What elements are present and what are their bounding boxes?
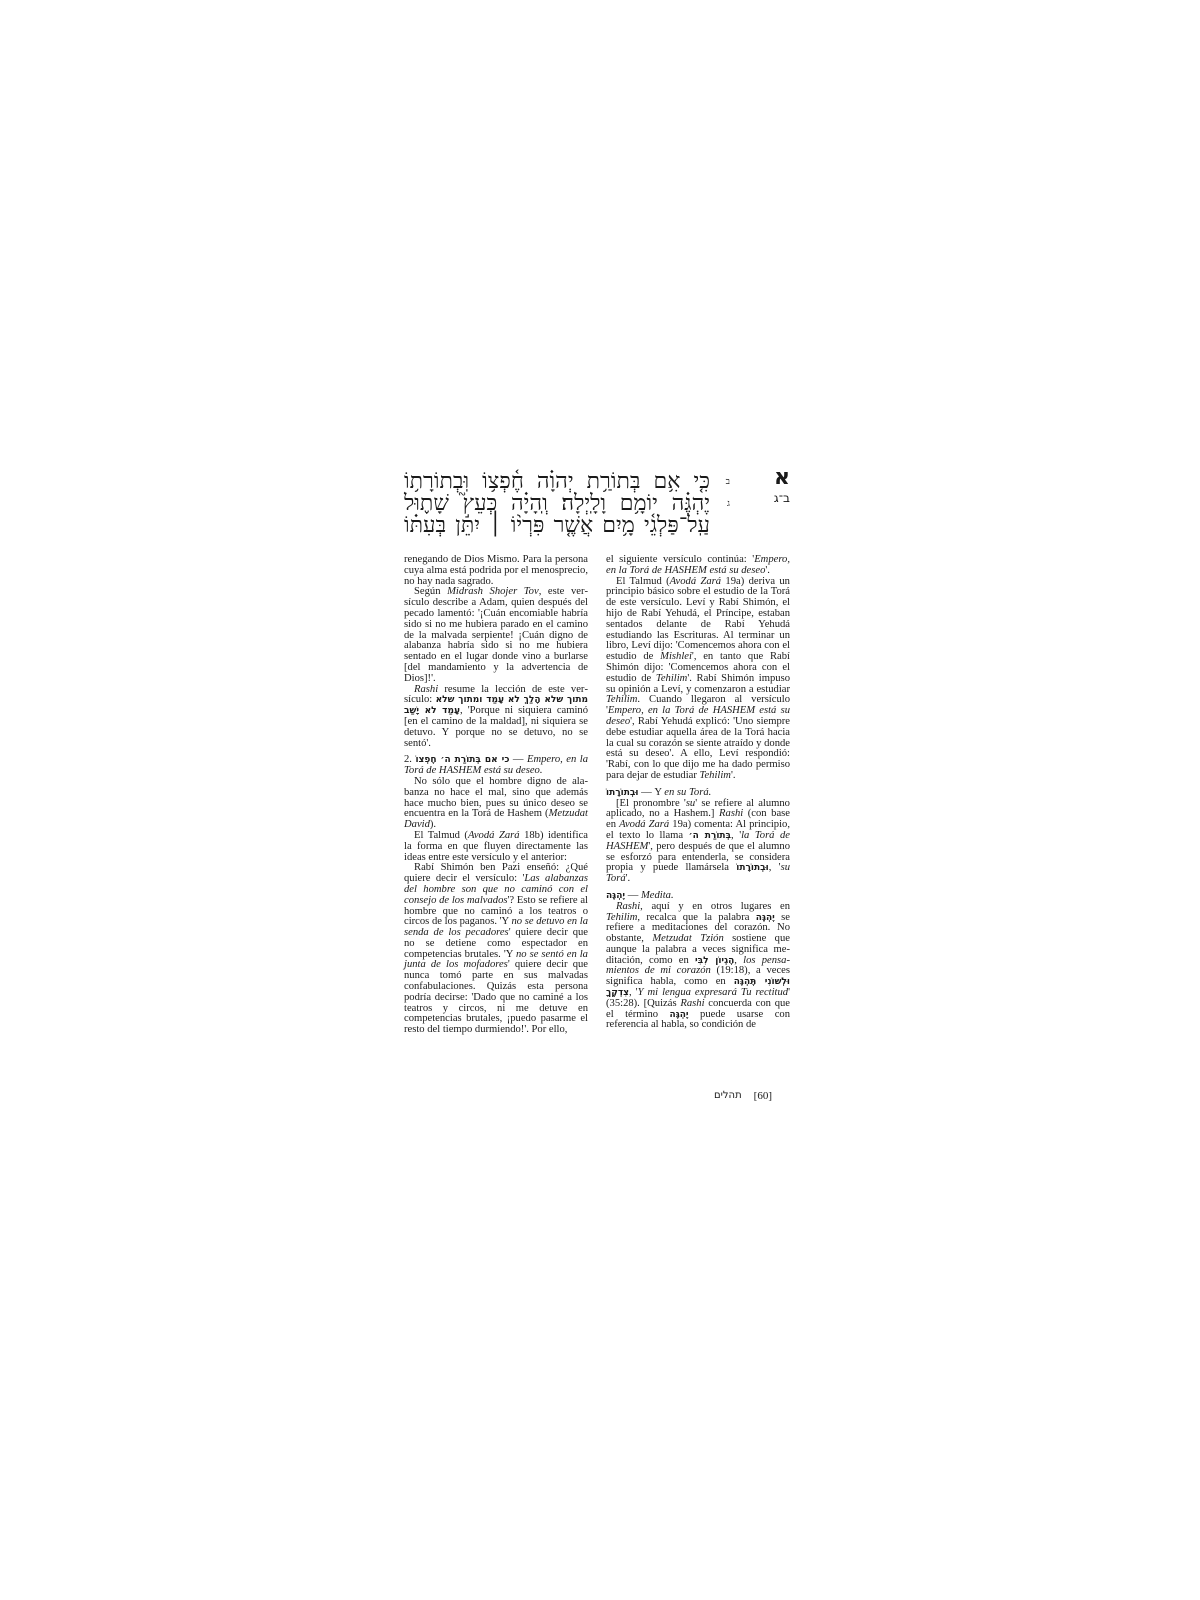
text-run: Tehilim — [656, 673, 687, 684]
paragraph: No sólo que el hombre digno de ala­banza… — [404, 777, 588, 831]
verse-range: ב־ג — [774, 490, 790, 506]
text-run: renegando de Dios Mismo. Para la perso­n… — [404, 554, 588, 587]
verse-line: עַֽל־פַּלְגֵ֫י מָ֥יִם אֲשֶׁ֤ר פִּרְי֨וֹ … — [404, 514, 710, 536]
paragraph: Rabí Shimón ben Pazi enseñó: ¿Qué quiere… — [404, 863, 588, 1036]
text-run: El Talmud ( — [616, 576, 670, 587]
page-footer: תהלים [60] — [714, 1090, 772, 1102]
text-run: '. — [731, 770, 736, 781]
text-run: — — [509, 754, 527, 765]
text-run: 19a) deri­va un principio básico sobre e… — [606, 576, 790, 663]
hebrew-quote: בְּתוֹרַת ה׳ — [689, 831, 731, 841]
text-run: Rashi — [414, 684, 438, 695]
text-run: su — [686, 798, 695, 809]
text-run: — — [625, 890, 641, 901]
text-run: '. — [626, 873, 631, 884]
book-title: תהלים — [714, 1090, 742, 1102]
hebrew-quote: יֶהְגֶּה — [670, 1010, 689, 1020]
text-run: Rashi — [616, 901, 640, 912]
text-run: Mishlei — [660, 651, 692, 662]
verse-header: ב כִּ֤י אִ֥ם בְּתוֹרַ֥ת יְהוָ֗ה חֶ֫פְצ֥ו… — [404, 470, 790, 536]
text-run: ' quiere decir que nunca tomó parte en s… — [404, 959, 588, 1035]
paragraph: renegando de Dios Mismo. Para la perso­n… — [404, 555, 588, 587]
text-run: en su Torá. — [664, 787, 711, 798]
verse-number: ג — [727, 498, 730, 508]
paragraph: Rashi resume la lección de este ver­sícu… — [404, 685, 588, 750]
text-run: Midrash Shojer Tov — [447, 586, 539, 597]
text-run: Avodá Zará — [619, 819, 669, 830]
text-run: Rashi — [719, 808, 743, 819]
verse-number: ב — [726, 476, 730, 486]
text-run: ). — [430, 819, 436, 830]
text-run: , este ver­sículo describe a Adam, quien… — [404, 586, 588, 683]
text-run: '. — [765, 565, 770, 576]
page-number: [60] — [754, 1090, 772, 1102]
verse-text: עַֽל־פַּלְגֵ֫י מָ֥יִם אֲשֶׁ֤ר פִּרְי֨וֹ … — [404, 512, 710, 537]
text-run: Avodá Zará — [670, 576, 721, 587]
hebrew-quote: יֶהְגֶּה — [756, 913, 775, 923]
text-run: ', Rabí Yehudá explicó: 'Uno siem­pre de… — [606, 716, 790, 781]
text-run: , — [734, 955, 743, 966]
text-run: Medita. — [641, 890, 674, 901]
commentary-columns: renegando de Dios Mismo. Para la perso­n… — [404, 555, 790, 1036]
text-run: Tehilim — [700, 770, 731, 781]
text-run: Y mi lengua expresará Tu rec­titud — [638, 987, 789, 998]
text-run: [El pronombre ' — [616, 798, 686, 809]
paragraph: El Talmud (Avodá Zará 18b) identifi­ca l… — [404, 831, 588, 863]
verse-line: ב כִּ֤י אִ֥ם בְּתוֹרַ֥ת יְהוָ֗ה חֶ֫פְצ֥ו… — [404, 470, 710, 492]
text-run: 2. — [404, 754, 415, 765]
hebrew-quote: כי אם בְּתוֹרַת ה׳ חֶפְצוֹ — [415, 755, 509, 765]
text-run: , ' — [769, 862, 781, 873]
text-run: — Y — [638, 787, 664, 798]
hebrew-quote: וּבְתוֹרָתוֹ — [606, 788, 638, 798]
text-run: Avodá Zará — [468, 830, 520, 841]
text-run: , recalca que la palabra — [637, 912, 755, 923]
chapter-letter: א — [774, 466, 790, 490]
paragraph: Rashi, aquí y en otros lugares en Tehili… — [606, 902, 790, 1032]
verse-line: ג יֶהְגֶּ֗ה יוֹמָ֥ם וָלָֽיְלָה׃ וְֽהָיָ֗… — [404, 492, 710, 514]
text-run: Metzudat Tzión — [652, 933, 723, 944]
hebrew-quote: הֶגְיוֹן לִבִּי — [695, 956, 734, 966]
paragraph: el siguiente versículo continúa: 'Empero… — [606, 555, 790, 577]
paragraph: [El pronombre 'su' se refiere al alum­no… — [606, 799, 790, 885]
hebrew-quote: יֶהְגֶּה — [606, 891, 625, 901]
hebrew-quote: וּבְתוֹרָתוֹ — [736, 863, 768, 873]
right-column: el siguiente versículo continúa: 'Empero… — [606, 555, 790, 1036]
text-run: , ' — [731, 830, 741, 841]
verse-commentary-heading: 2. כי אם בְּתוֹרַת ה׳ חֶפְצוֹ — Empero, … — [404, 755, 588, 777]
text-run: , ' — [629, 987, 638, 998]
text-run: Tehilim — [606, 694, 637, 705]
paragraph: El Talmud (Avodá Zará 19a) deri­va un pr… — [606, 577, 790, 782]
paragraph: Según Midrash Shojer Tov, este ver­sícul… — [404, 587, 588, 684]
text-run: , aquí y en otros lugares en — [640, 901, 790, 912]
text-run: Rashi — [680, 998, 704, 1009]
text-run: Tehilim — [606, 912, 637, 923]
text-run: Según — [414, 586, 447, 597]
text-run: el siguiente versículo continúa: ' — [606, 554, 754, 565]
chapter-marker: א ב־ג — [774, 466, 790, 506]
text-run: El Talmud ( — [414, 830, 468, 841]
left-column: renegando de Dios Mismo. Para la perso­n… — [404, 555, 588, 1036]
hebrew-verse-block: ב כִּ֤י אִ֥ם בְּתוֹרַ֥ת יְהוָ֗ה חֶ֫פְצ֥ו… — [404, 470, 710, 536]
book-page: ב כִּ֤י אִ֥ם בְּתוֹרַ֥ת יְהוָ֗ה חֶ֫פְצ֥ו… — [404, 470, 790, 536]
